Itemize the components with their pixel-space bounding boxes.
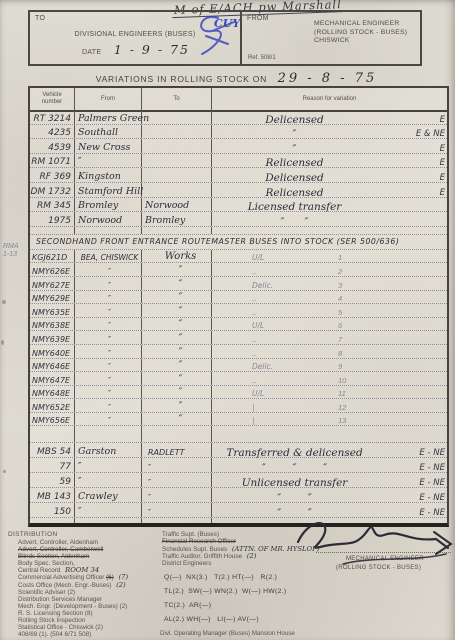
printed-text: Commercial Advertising Officer	[18, 574, 104, 581]
pencil-sequence-number: 11	[338, 389, 346, 398]
pencil-note: Delic.	[252, 281, 273, 290]
pencil-sequence-number: 4	[338, 294, 342, 303]
table-row: NMY639E ″ ″ .. 7	[30, 331, 447, 345]
to-cell: Bromley	[142, 212, 212, 226]
from-value: ″	[108, 376, 111, 385]
to-value: ″	[148, 463, 151, 472]
from-value: ″	[108, 294, 111, 303]
from-label: FROM	[247, 15, 269, 22]
reason-cell: .. 7	[212, 331, 447, 344]
from-cell: ″	[75, 304, 142, 317]
licence-mark: E	[440, 158, 445, 168]
form-title: VARIATIONS IN ROLLING STOCK ON 29 - 8 - …	[0, 69, 455, 87]
form-header: TO DIVISIONAL ENGINEERS (BUSES) DATE 1 -…	[28, 10, 422, 66]
from-cell: ″	[75, 277, 142, 290]
to-value: ″	[179, 387, 183, 398]
date-label: DATE	[82, 49, 101, 56]
printed-text: District Engineers	[162, 560, 211, 567]
pencil-sequence-number: 6	[338, 321, 342, 330]
vehicle-number-cell: NMY640E	[30, 345, 75, 358]
to-cell: ″	[142, 413, 212, 426]
distribution-item: Scientific Adviser (2)	[8, 589, 158, 596]
to-cell: ″	[142, 458, 212, 472]
to-cell	[142, 183, 212, 197]
table-row: NMY647E ″ ″ .. 10	[30, 372, 447, 386]
to-value: Bromley	[145, 215, 185, 226]
to-cell	[142, 154, 212, 168]
vehicle-number-cell: NMY629E	[30, 291, 75, 304]
margin-note: RMA 1-13	[3, 243, 19, 259]
vehicle-number-cell	[30, 227, 75, 234]
reason-cell	[212, 227, 447, 234]
engineer-code-line: TC(2.) AR(—)	[158, 599, 333, 613]
vehicle-number-cell: 59	[30, 473, 75, 487]
pencil-note: ..	[252, 267, 257, 276]
to-cell: ″	[142, 372, 212, 385]
ref-number: Ref. 508/1	[248, 55, 276, 61]
to-cell: ″	[142, 399, 212, 412]
vehicle-number-cell: NMY648E	[30, 386, 75, 399]
distribution-item: Mech. Engr. (Development - Buses) (2)	[8, 603, 158, 610]
licence-mark: E - NE	[419, 493, 445, 503]
handwritten-addition: (2)	[116, 581, 126, 589]
from-line: (ROLLING STOCK - BUSES)	[314, 29, 407, 38]
from-cell: ″	[75, 318, 142, 331]
reason-cell: ″ ″ ″ E - NE	[212, 458, 447, 472]
table-row: NMY638E ″ ″ U/L 6	[30, 318, 447, 332]
vehicle-number-cell: RF 369	[30, 168, 75, 182]
to-cell: Norwood	[142, 198, 212, 212]
pencil-sequence-number: 7	[338, 335, 342, 344]
distribution-item: Commercial Advertising Officer (6) (7)	[8, 574, 158, 581]
pencil-sequence-number: 9	[338, 362, 342, 371]
to-value: RADLETT	[148, 448, 184, 457]
column-header-from: From	[75, 88, 142, 110]
from-value: ″	[78, 506, 82, 517]
vehicle-number-cell: NMY647E	[30, 372, 75, 385]
table-row: NMY646E ″ ″ Delic. 9	[30, 359, 447, 373]
from-value: Norwood	[78, 215, 122, 226]
from-value: ″	[78, 476, 82, 487]
vehicle-number-cell: NMY626E	[30, 263, 75, 276]
from-cell: ″	[75, 263, 142, 276]
reason-cell: U/L 6	[212, 318, 447, 331]
licence-mark: E - NE	[419, 448, 445, 458]
from-cell: ″	[75, 386, 142, 399]
table-row: NMY627E ″ ″ Delic. 3	[30, 277, 447, 291]
licence-mark: E	[440, 188, 445, 198]
to-cell: ″	[142, 331, 212, 344]
to-cell: ″	[142, 318, 212, 331]
pencil-sequence-number: 12	[338, 403, 346, 412]
printed-text: Distribution Services Manager	[18, 596, 102, 603]
to-cell: ″	[142, 386, 212, 399]
to-value: ″	[179, 347, 183, 358]
from-line: MECHANICAL ENGINEER	[314, 20, 407, 29]
from-value: ″	[108, 389, 111, 398]
table-row: 4235 Southall ″ E & NE	[30, 125, 447, 140]
pencil-note: U/L	[252, 389, 264, 398]
distribution-item: Rolling Stock Inspection	[8, 617, 158, 624]
to-value: ″	[179, 401, 183, 412]
reason-cell: Delic. 3	[212, 277, 447, 290]
struck-text: (6)	[106, 574, 114, 581]
from-value: ″	[108, 267, 111, 276]
reason-cell: Licensed transfer	[212, 198, 447, 212]
from-cell	[75, 227, 142, 234]
printed-text: Costs Office (Mech. Engr.-Buses)	[18, 582, 111, 589]
pencil-sequence-number: 5	[338, 308, 342, 317]
distribution-item: Distribution Services Manager	[8, 596, 158, 603]
reason-cell: .. 5	[212, 304, 447, 317]
from-value: ″	[78, 156, 82, 167]
table-row: NMY640E ″ ″ .. 8	[30, 345, 447, 359]
from-value: Garston	[78, 446, 116, 457]
from-value: ″	[108, 362, 111, 371]
reason-cell: Unlicensed transfer E - NE	[212, 473, 447, 487]
reason-cell: U/L 11	[212, 386, 447, 399]
margin-note-line: RMA	[3, 243, 19, 251]
table-row: MBS 54 Garston RADLETT Transferred & del…	[30, 443, 447, 458]
reason-cell: ″ ″	[212, 212, 447, 226]
distribution-item: Statistical Office - Chiswick (2)	[8, 624, 158, 631]
printed-text: R. S. Licensing Section (8)	[18, 610, 93, 617]
from-value: ″	[108, 321, 111, 330]
reason-cell: ″ ″ E - NE	[212, 488, 447, 502]
reason-cell: .. 2	[212, 263, 447, 276]
pencil-sequence-number: 2	[338, 267, 342, 276]
from-value: Crawley	[78, 491, 118, 502]
engineer-code-line: AL(2.) WH(—) LI(—) AV(—)	[158, 613, 333, 627]
to-value: ″	[179, 265, 183, 276]
to-cell: ″	[142, 503, 212, 517]
reason-cell: | 12	[212, 399, 447, 412]
to-cell	[142, 426, 212, 442]
reason-cell: Transferred & delicensed E - NE	[212, 443, 447, 457]
pencil-sequence-number: 1	[338, 253, 342, 262]
table-row	[30, 426, 447, 443]
vehicle-number-cell: MBS 54	[30, 443, 75, 457]
from-value: BEA, CHISWICK	[81, 253, 139, 262]
pencil-note: ..	[252, 376, 257, 385]
from-cell: ″	[75, 473, 142, 487]
reason-cell: .. 4	[212, 291, 447, 304]
pencil-note: |	[252, 403, 255, 412]
reason-cell: U/L 1	[212, 250, 447, 263]
header-from-cell: FROM MECHANICAL ENGINEER (ROLLING STOCK …	[242, 12, 420, 64]
distribution-item: 408/69 (1). (504 6/71 508)	[8, 631, 158, 638]
licence-mark: E	[440, 115, 445, 125]
to-cell: RADLETT	[142, 443, 212, 457]
licence-mark: E - NE	[419, 463, 445, 473]
table-body: RT 3214 Palmers Green Delicensed E 4235 …	[30, 110, 447, 523]
pencil-note: Delic.	[252, 362, 273, 371]
from-value: ″	[78, 461, 82, 472]
to-cell	[142, 518, 212, 523]
reason-cell: Relicensed E	[212, 183, 447, 197]
from-cell: Stamford Hill	[75, 183, 142, 197]
column-header-to: To	[142, 88, 212, 110]
printed-text: Traffic Auditor, Griffith House	[162, 553, 242, 560]
engineer-code-line: TL(2.) SW(—) WN(2.) W(—) HW(2.)	[158, 585, 333, 599]
to-value: Works	[165, 251, 197, 262]
vehicle-number-cell: 1975	[30, 212, 75, 226]
vehicle-number-cell: 77	[30, 458, 75, 472]
vehicle-number-cell: KGJ621D	[30, 250, 75, 263]
from-value: New Cross	[78, 142, 130, 153]
reason-cell	[212, 426, 447, 442]
to-cell	[142, 227, 212, 234]
from-cell: ″	[75, 458, 142, 472]
table-row: NMY626E ″ ″ .. 2	[30, 263, 447, 277]
from-cell: ″	[75, 331, 142, 344]
header-to-cell: TO DIVISIONAL ENGINEERS (BUSES) DATE 1 -…	[30, 12, 242, 64]
vehicle-number-cell: NMY627E	[30, 277, 75, 290]
scanned-form-page: M of E/ACH pw Marshall CUY TO DIVISIONAL…	[0, 0, 455, 640]
reason-cell: Delicensed E	[212, 110, 447, 124]
vehicle-number-cell: NMY656E	[30, 413, 75, 426]
table-row: NMY652E ″ ″ | 12	[30, 399, 447, 413]
vehicle-number-cell: 4539	[30, 139, 75, 153]
section-band-label: SECONDHAND FRONT ENTRANCE ROUTEMASTER BU…	[36, 237, 399, 246]
pencil-note: |	[252, 416, 255, 425]
scan-artifact	[3, 470, 6, 473]
to-value: ″	[148, 508, 151, 517]
printed-text: Advert, Controller, Aldenham	[18, 539, 98, 546]
table-row: 59 ″ ″ Unlicensed transfer E - NE	[30, 473, 447, 488]
distribution-item: Advert, Controller, Camberwell	[8, 546, 158, 553]
table-row: 4539 New Cross ″ E	[30, 139, 447, 154]
struck-text: Advert, Controller, Camberwell	[18, 546, 103, 553]
to-cell: ″	[142, 359, 212, 372]
to-cell	[142, 110, 212, 124]
to-cell: ″	[142, 488, 212, 502]
column-header-reason: Reason for variation	[212, 88, 447, 110]
from-cell: Bromley	[75, 198, 142, 212]
to-cell: ″	[142, 277, 212, 290]
from-cell: ″	[75, 399, 142, 412]
from-value: ″	[108, 349, 111, 358]
to-cell: ″	[142, 304, 212, 317]
printed-text: Mech. Engr. (Development - Buses) (2)	[18, 603, 127, 610]
title-label: VARIATIONS IN ROLLING STOCK ON	[96, 74, 267, 84]
column-header-vehicle: Vehicle number	[30, 88, 75, 110]
to-value: ″	[148, 478, 151, 487]
from-cell	[75, 518, 142, 523]
pencil-note: ..	[252, 335, 257, 344]
to-value: ″	[179, 319, 183, 330]
reason-cell: Relicensed E	[212, 154, 447, 168]
vehicle-number-cell: NMY646E	[30, 359, 75, 372]
licence-mark: E	[440, 173, 445, 183]
vehicle-number-cell: DM 1732	[30, 183, 75, 197]
distribution-footer: Divl. Operating Manager (Buses) Mansion …	[158, 630, 333, 637]
reason-cell: ″ E & NE	[212, 125, 447, 139]
struck-text: Blinds Section, Aldenham	[18, 553, 89, 560]
vehicle-number-cell: MB 143	[30, 488, 75, 502]
from-cell: New Cross	[75, 139, 142, 153]
from-value: Kingston	[78, 171, 121, 182]
to-value: ″	[179, 374, 183, 385]
vehicle-number-cell: 150	[30, 503, 75, 517]
table-row: 1975 Norwood Bromley ″ ″	[30, 212, 447, 227]
from-line: CHISWICK	[314, 37, 407, 46]
from-cell: Crawley	[75, 488, 142, 502]
to-value: ″	[179, 414, 183, 425]
reason-cell: ″ E	[212, 139, 447, 153]
from-cell: Norwood	[75, 212, 142, 226]
to-cell	[142, 125, 212, 139]
table-row: NMY656E ″ ″ | 13	[30, 413, 447, 427]
title-date-handwritten: 29 - 8 - 75	[278, 71, 378, 86]
licence-mark: E - NE	[419, 478, 445, 488]
printed-text: Statistical Office - Chiswick (2)	[18, 624, 103, 631]
to-cell: ″	[142, 473, 212, 487]
to-value: ″	[179, 360, 183, 371]
vehicle-number-cell: RM 1071	[30, 154, 75, 168]
printed-text: Scientific Adviser (2)	[18, 589, 75, 596]
to-value: DIVISIONAL ENGINEERS (BUSES)	[30, 31, 240, 38]
table-row: NMY635E ″ ″ .. 5	[30, 304, 447, 318]
from-cell: Garston	[75, 443, 142, 457]
vehicle-number-cell: NMY638E	[30, 318, 75, 331]
pencil-note: U/L	[252, 321, 264, 330]
table-row: NMY648E ″ ″ U/L 11	[30, 386, 447, 400]
table-row: KGJ621D BEA, CHISWICK Works U/L 1	[30, 250, 447, 264]
vehicle-number-cell	[30, 518, 75, 523]
from-cell: BEA, CHISWICK	[75, 250, 142, 263]
licence-mark: E	[440, 144, 445, 154]
pencil-sequence-number: 8	[338, 349, 342, 358]
reason-cell: .. 10	[212, 372, 447, 385]
table-row: RM 345 Bromley Norwood Licensed transfer	[30, 198, 447, 213]
printed-text: Rolling Stock Inspection	[18, 617, 85, 624]
vehicle-number-cell	[30, 426, 75, 442]
from-value: Stamford Hill	[78, 186, 143, 197]
licence-mark: E & NE	[416, 129, 445, 139]
to-cell: ″	[142, 291, 212, 304]
distribution-item: Blinds Section, Aldenham	[8, 553, 158, 560]
reason-cell: Delicensed E	[212, 168, 447, 182]
from-cell: ″	[75, 372, 142, 385]
table-header-row: Vehicle number From To Reason for variat…	[30, 88, 447, 112]
pencil-note: ..	[252, 294, 257, 303]
from-value: Bromley	[78, 200, 118, 211]
table-row: RM 1071 ″ Relicensed E	[30, 154, 447, 169]
from-cell: ″	[75, 359, 142, 372]
reason-cell: .. 8	[212, 345, 447, 358]
from-value: Palmers Green	[78, 113, 149, 124]
vehicle-number-cell: NMY639E	[30, 331, 75, 344]
table-row: RT 3214 Palmers Green Delicensed E	[30, 110, 447, 125]
to-cell: Works	[142, 250, 212, 263]
from-cell: Southall	[75, 125, 142, 139]
vehicle-number-cell: NMY635E	[30, 304, 75, 317]
signature-block: MECHANICAL ENGINEER (ROLLING STOCK - BUS…	[288, 512, 455, 584]
from-cell	[75, 426, 142, 442]
vehicle-number-cell: RT 3214	[30, 110, 75, 124]
vehicle-number-cell: NMY652E	[30, 399, 75, 412]
vehicle-number-cell: 4235	[30, 125, 75, 139]
to-cell: ″	[142, 345, 212, 358]
distribution-item: Costs Office (Mech. Engr.-Buses) (2)	[8, 582, 158, 589]
pencil-sequence-number: 3	[338, 281, 342, 290]
from-value: ″	[108, 416, 111, 425]
distribution-left-column: Advert, Controller, Aldenham Advert, Con…	[8, 539, 158, 638]
from-value: ″	[108, 308, 111, 317]
vehicle-number-cell: RM 345	[30, 198, 75, 212]
to-cell	[142, 139, 212, 153]
pencil-sequence-number: 13	[338, 416, 346, 425]
pencil-note: U/L	[252, 253, 264, 262]
to-label: TO	[35, 15, 45, 22]
from-address: MECHANICAL ENGINEER (ROLLING STOCK - BUS…	[314, 20, 407, 46]
variations-table: Vehicle number From To Reason for variat…	[28, 86, 449, 527]
to-cell: ″	[142, 263, 212, 276]
pencil-note: ..	[252, 308, 257, 317]
from-cell: ″	[75, 413, 142, 426]
from-value: ″	[108, 335, 111, 344]
distribution-item: R. S. Licensing Section (8)	[8, 610, 158, 617]
to-value: Norwood	[145, 200, 189, 211]
scan-artifact	[2, 300, 6, 304]
printed-text: Schedules Supt. Buses	[162, 546, 227, 553]
from-cell: ″	[75, 154, 142, 168]
pencil-note: ..	[252, 349, 257, 358]
to-value: ″	[179, 333, 183, 344]
handwritten-addition: (2)	[247, 552, 257, 560]
section-band: SECONDHAND FRONT ENTRANCE ROUTEMASTER BU…	[30, 235, 447, 250]
reason-cell: | 13	[212, 413, 447, 426]
to-value: ″	[148, 493, 151, 502]
to-value: ″	[179, 306, 183, 317]
from-cell: ″	[75, 291, 142, 304]
table-row: MB 143 Crawley ″ ″ ″ E - NE	[30, 488, 447, 503]
printed-text: 408/69 (1). (504 6/71 508)	[18, 631, 91, 638]
table-row: DM 1732 Stamford Hill Relicensed E	[30, 183, 447, 198]
from-cell: ″	[75, 345, 142, 358]
table-row: 77 ″ ″ ″ ″ ″ E - NE	[30, 458, 447, 473]
scan-artifact	[1, 340, 4, 345]
date-value-handwritten: 1 - 9 - 75	[114, 42, 190, 57]
margin-note-line: 1-13	[3, 251, 19, 259]
to-value: ″	[179, 279, 183, 290]
distribution-item: Advert, Controller, Aldenham	[8, 539, 158, 546]
table-row: NMY629E ″ ″ .. 4	[30, 291, 447, 305]
from-cell: Palmers Green	[75, 110, 142, 124]
printed-text: Traffic Supt. (Buses)	[162, 531, 219, 538]
reason-cell: Delic. 9	[212, 359, 447, 372]
from-value: ″	[108, 281, 111, 290]
from-value: ″	[108, 403, 111, 412]
to-cell	[142, 168, 212, 182]
pencil-sequence-number: 10	[338, 376, 346, 385]
table-row	[30, 227, 447, 235]
from-cell: Kingston	[75, 168, 142, 182]
handwritten-signature	[288, 512, 455, 582]
table-row: RF 369 Kingston Delicensed E	[30, 168, 447, 183]
from-value: Southall	[78, 127, 118, 138]
struck-text: Financial Research Officer	[162, 538, 236, 545]
from-cell: ″	[75, 503, 142, 517]
to-value: ″	[179, 292, 183, 303]
